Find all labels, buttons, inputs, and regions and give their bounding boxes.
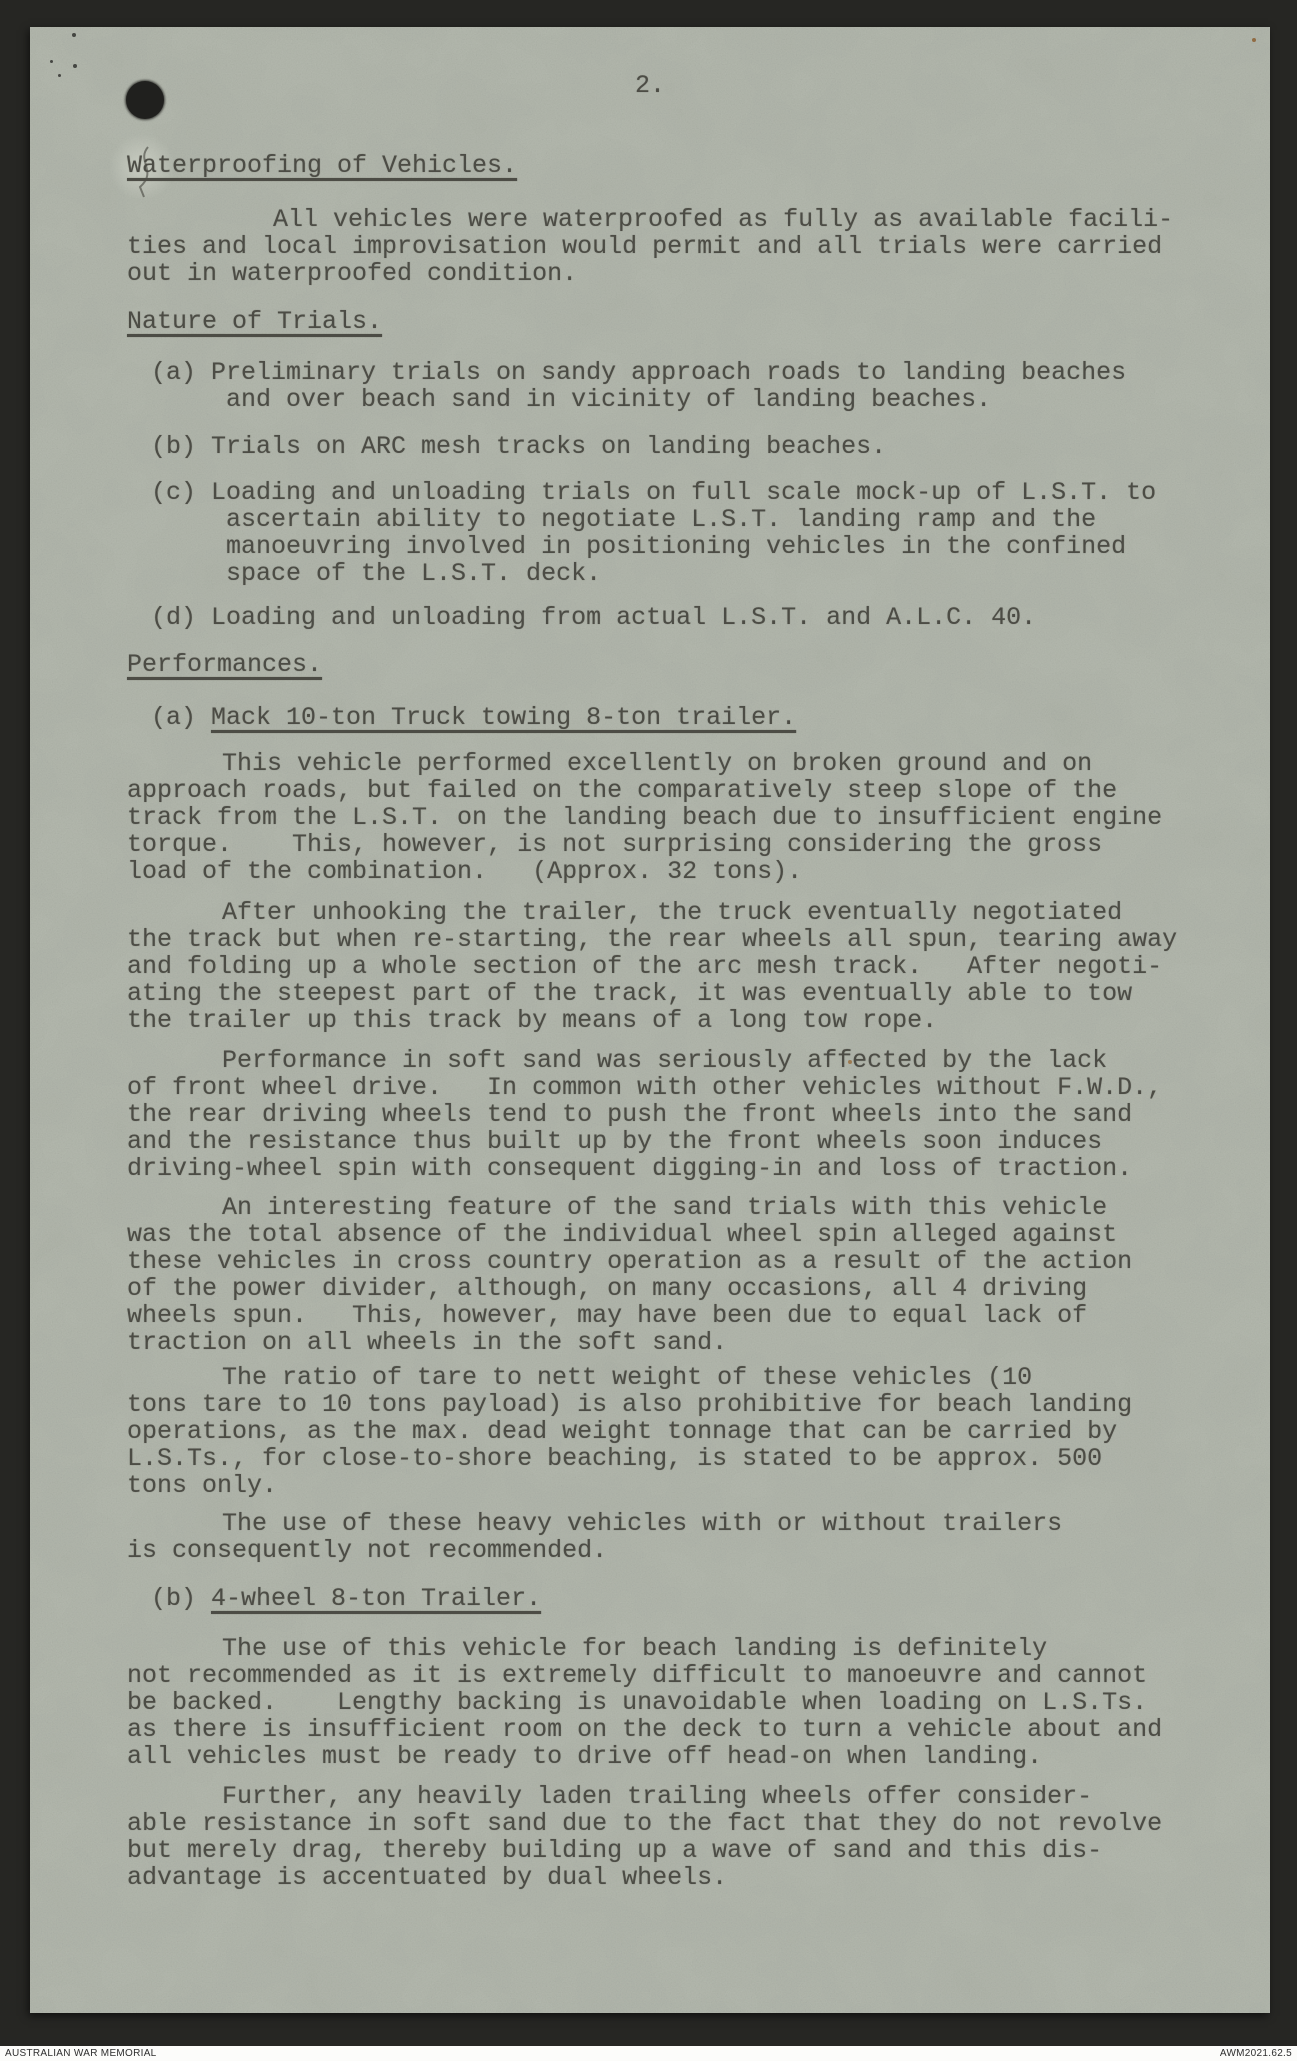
section-b-paragraph-2: Further, any heavily laden trailing whee… bbox=[127, 1783, 1210, 1891]
trial-item-c: (c) Loading and unloading trials on full… bbox=[151, 479, 1210, 587]
section-a-paragraph-5: The ratio of tare to nett weight of thes… bbox=[127, 1364, 1210, 1499]
performances-heading: Performances. bbox=[127, 651, 1210, 678]
footer-bar: AUSTRALIAN WAR MEMORIAL AWM2021.62.5 bbox=[0, 2046, 1297, 2061]
nature-of-trials-heading-text: Nature of Trials. bbox=[127, 307, 382, 336]
archive-name: AUSTRALIAN WAR MEMORIAL bbox=[5, 2046, 157, 2061]
section-a-prefix: (a) bbox=[151, 703, 211, 732]
section-b-heading: (b) 4-wheel 8-ton Trailer. bbox=[151, 1585, 1210, 1612]
section-a-paragraph-1: This vehicle performed excellently on br… bbox=[127, 750, 1210, 885]
document-title-text: Waterproofing of Vehicles. bbox=[127, 151, 517, 180]
trial-item-a: (a) Preliminary trials on sandy approach… bbox=[151, 359, 1210, 413]
section-a-paragraph-4: An interesting feature of the sand trial… bbox=[127, 1194, 1210, 1356]
section-b-prefix: (b) bbox=[151, 1584, 211, 1613]
page-content: 2. Waterproofing of Vehicles. All vehicl… bbox=[30, 27, 1270, 2013]
section-a-paragraph-3: Performance in soft sand was seriously a… bbox=[127, 1047, 1210, 1182]
trial-item-d: (d) Loading and unloading from actual L.… bbox=[151, 604, 1210, 631]
section-b-paragraph-1: The use of this vehicle for beach landin… bbox=[127, 1635, 1210, 1770]
archive-id: AWM2021.62.5 bbox=[1220, 2046, 1292, 2061]
section-a-title: Mack 10-ton Truck towing 8-ton trailer. bbox=[211, 703, 796, 732]
section-b-title: 4-wheel 8-ton Trailer. bbox=[211, 1584, 541, 1613]
section-a-paragraph-2: After unhooking the trailer, the truck e… bbox=[127, 899, 1210, 1034]
nature-of-trials-heading: Nature of Trials. bbox=[127, 308, 1210, 335]
intro-paragraph: All vehicles were waterproofed as fully … bbox=[127, 206, 1210, 287]
scanned-page: 2. Waterproofing of Vehicles. All vehicl… bbox=[30, 27, 1270, 2013]
page-number: 2. bbox=[127, 72, 1210, 99]
trial-item-b: (b) Trials on ARC mesh tracks on landing… bbox=[151, 433, 1210, 460]
section-a-heading: (a) Mack 10-ton Truck towing 8-ton trail… bbox=[151, 704, 1210, 731]
performances-heading-text: Performances. bbox=[127, 650, 322, 679]
section-a-paragraph-6: The use of these heavy vehicles with or … bbox=[127, 1510, 1210, 1564]
document-title: Waterproofing of Vehicles. bbox=[127, 152, 1210, 179]
